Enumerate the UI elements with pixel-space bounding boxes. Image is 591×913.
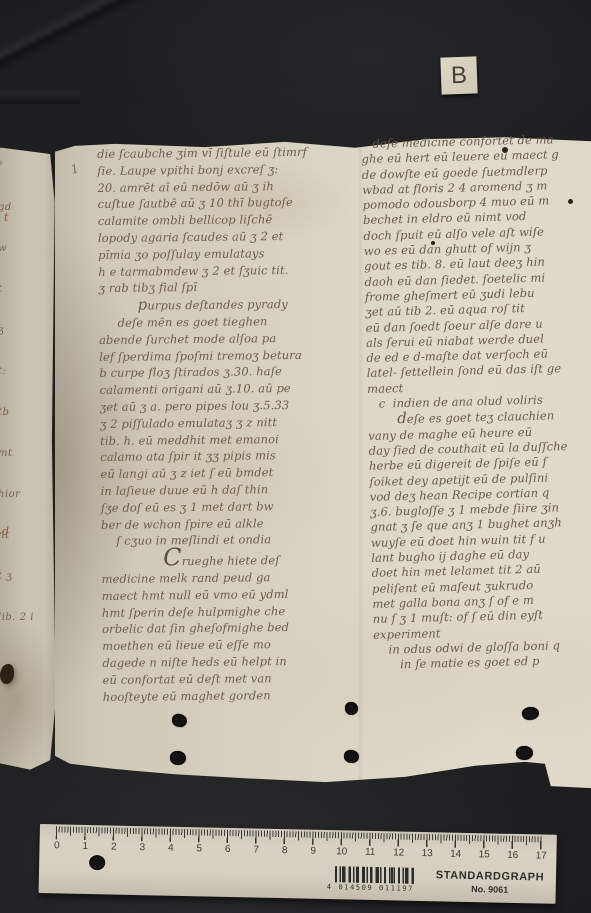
ruler: 01234567891011121314151617 4 014509 0111…	[39, 824, 557, 904]
ruler-number: 7	[242, 844, 271, 857]
barcode-digits: 4 014509 011197	[327, 883, 414, 893]
ruler-number: 2	[99, 841, 128, 854]
ruler-number: 6	[213, 844, 242, 857]
manuscript-line: hooſteyte eū maghet gorden	[103, 686, 363, 706]
ruler-number: 17	[527, 850, 556, 863]
ruler-model-number: No. 9061	[425, 883, 555, 896]
ruler-number: 4	[156, 842, 185, 855]
previous-folio-edge: ° gd w t ʒ t: tb mt hior nt t ʒ lib. 2 i…	[0, 142, 57, 776]
ruler-number: 14	[441, 848, 470, 861]
cloth-fold-crease	[0, 90, 80, 104]
ruler-brand: STANDARDGRAPH	[425, 869, 555, 884]
manuscript-photograph: B ° gd w t ʒ t: tb mt hior nt t ʒ lib. 2…	[0, 0, 591, 913]
ink-speck	[431, 241, 435, 245]
barcode	[335, 866, 415, 884]
text-column-right: deſe medicine confortet de maghe eū hert…	[361, 131, 591, 673]
cloth-fold-crease	[0, 0, 214, 98]
wormhole	[345, 702, 358, 715]
ruler-number: 15	[470, 849, 499, 862]
ruler-number: 9	[299, 845, 328, 858]
ruler-number: 13	[413, 848, 442, 861]
text-column-left: die ſcaubche ʒim vī ſiſtule eū ſtimrfſie…	[97, 143, 363, 705]
setup-label-letter: B	[451, 63, 468, 88]
ruler-hole	[89, 855, 105, 870]
ruler-number: 1	[71, 841, 100, 854]
setup-label: B	[440, 56, 477, 94]
ink-speck	[568, 199, 573, 204]
ruler-number: 0	[42, 840, 71, 853]
ruler-number: 8	[270, 845, 299, 858]
ruler-number: 10	[327, 846, 356, 859]
wormhole	[170, 751, 186, 765]
red-ink-fragment: d	[2, 526, 9, 537]
ruler-number: 11	[356, 847, 385, 860]
red-ink-fragment: t	[4, 212, 8, 223]
ruler-mm-ticks	[56, 826, 543, 842]
ink-speck	[502, 147, 508, 153]
manuscript-line: Crueghe hiete deſ	[101, 547, 361, 571]
ink-blot	[0, 664, 14, 684]
ruler-number: 3	[128, 842, 157, 855]
ruler-number: 16	[498, 850, 527, 863]
ruler-number: 12	[384, 847, 413, 860]
ruler-number: 5	[185, 843, 214, 856]
